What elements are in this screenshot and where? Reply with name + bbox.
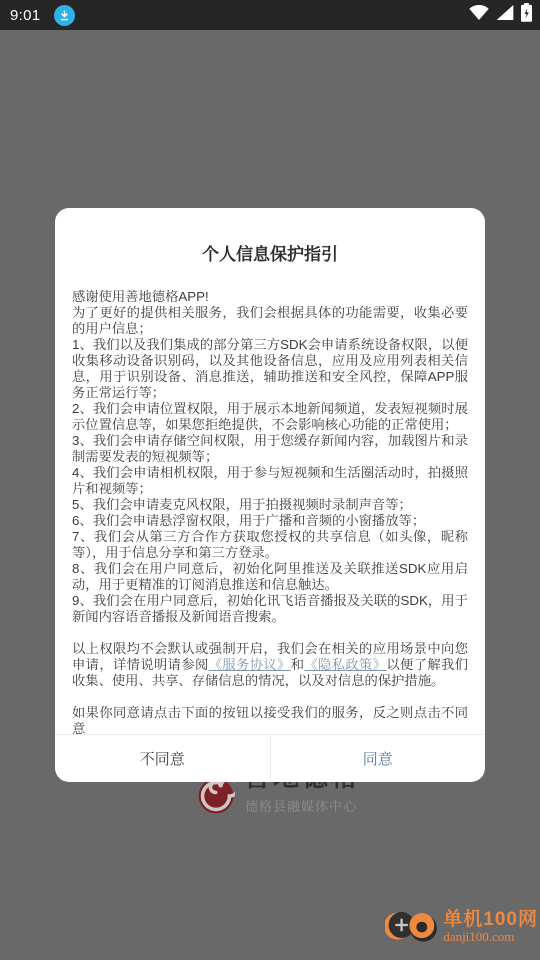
dialog-paragraph: 3、我们会申请存储空间权限，用于您缓存新闻内容，加载图片和录制需要发表的短视频等… [72,433,468,465]
dialog-paragraph: 1、我们以及我们集成的部分第三方SDK会申请系统设备权限，以便收集移动设备识别码… [72,337,468,401]
dialog-title: 个人信息保护指引 [55,240,485,265]
agreement-paragraph: 以上权限均不会默认或强制开启，我们会在相关的应用场景中向您申请，详情说明请参阅《… [72,641,468,689]
watermark-url: danji100.com [443,930,538,944]
agreement-text-mid: 和 [291,657,305,672]
dialog-paragraph: 为了更好的提供相关服务，我们会根据具体的功能需要，收集必要的用户信息； [72,305,468,337]
phone-screen: 9:01 [0,0,540,960]
disagree-button[interactable]: 不同意 [55,735,270,782]
clock: 9:01 [10,7,40,24]
closing-paragraph: 如果你同意请点击下面的按钮以接受我们的服务，反之则点击不同意 [72,705,468,734]
dialog-paragraph: 5、我们会申请麦克风权限，用于拍摄视频时录制声音等； [72,497,468,513]
service-agreement-link[interactable]: 《服务协议》 [209,657,291,672]
cellular-signal-icon [496,5,514,25]
battery-charging-icon [521,3,532,27]
agree-button[interactable]: 同意 [270,735,486,782]
watermark: 单机100网 danji100.com [385,897,538,956]
dialog-paragraph: 4、我们会申请相机权限，用于参与短视频和生活圈活动时，拍摄照片和视频等； [72,465,468,497]
privacy-policy-link[interactable]: 《隐私政策》 [304,657,386,672]
dialog-paragraph: 感谢使用善地德格APP! [72,289,468,305]
dialog-body: 感谢使用善地德格APP!为了更好的提供相关服务，我们会根据具体的功能需要，收集必… [72,289,468,734]
dialog-paragraph: 8、我们会在用户同意后，初始化阿里推送及关联推送SDK应用启动，用于更精准的订阅… [72,561,468,593]
danji100-logo-icon [385,897,441,956]
status-bar: 9:01 [0,0,540,30]
dialog-paragraph: 7、我们会从第三方合作方获取您授权的共享信息（如头像，昵称等），用于信息分享和第… [72,529,468,561]
dialog-paragraph: 6、我们会申请悬浮窗权限，用于广播和音频的小窗播放等； [72,513,468,529]
permission-paragraphs: 感谢使用善地德格APP!为了更好的提供相关服务，我们会根据具体的功能需要，收集必… [72,289,468,625]
privacy-dialog: 个人信息保护指引 感谢使用善地德格APP!为了更好的提供相关服务，我们会根据具体… [55,208,485,782]
app-subtitle: 德格县融媒体中心 [245,796,357,815]
dialog-paragraph: 2、我们会申请位置权限，用于展示本地新闻频道，发表短视频时展示位置信息等，如果您… [72,401,468,433]
download-icon [54,5,75,26]
dialog-paragraph: 9、我们会在用户同意后，初始化讯飞语音播报及关联的SDK，用于新闻内容语音播报及… [72,593,468,625]
wifi-icon [469,5,489,25]
dialog-button-bar: 不同意 同意 [55,734,485,782]
watermark-title: 单机100网 [443,910,538,930]
